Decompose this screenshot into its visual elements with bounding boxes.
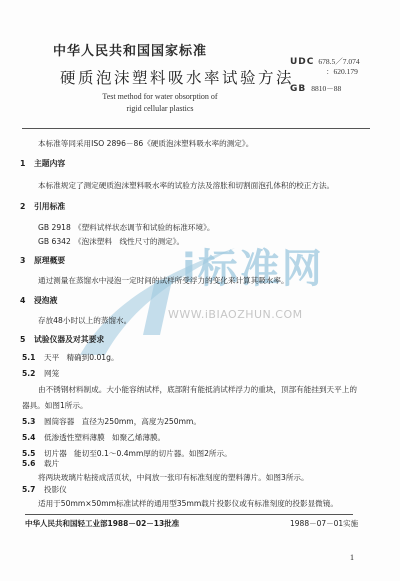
reference-code: GB 6342 [38,237,74,246]
watermark-url: WWW.iBIAOZHUN.COM [168,308,303,321]
udc-classification: UDC678.5／7.074 ：620.179 [290,57,360,77]
document-title-en: Test method for water obsorption of rigi… [60,91,260,115]
gb-label: GB [290,84,306,94]
subsection-body: 精确到0.01g。 [66,353,118,362]
subsection-number: 5.7 [22,485,44,494]
subsection-number: 5.4 [22,433,44,442]
section-4-body: 存放48小时以上的蒸馏水。 [38,315,131,326]
subsection-5-2-body-line2: 器具。如图1所示。 [22,400,88,411]
reference-item: GB 6342《泡沫塑料 线性尺寸的测定》。 [38,236,184,247]
intro-paragraph: 本标准等同采用ISO 2896－86《硬质泡沫塑料吸水率的测定》。 [38,138,253,149]
subsection-number: 5.1 [22,353,44,362]
section-number: 5 [20,335,34,344]
subsection-title: 载片 [44,459,59,468]
reference-item: GB 2918《塑料试样状态调节和试验的标准环境》。 [38,222,214,233]
section-title: 浸泡液 [34,296,57,305]
subsection-5-3: 5.3圆筒容器 直径为250mm，高度为250mm。 [22,416,201,427]
document-title-cn: 硬质泡沫塑料吸水率试验方法 [60,66,260,88]
subsection-body: 如聚乙烯薄膜。 [112,433,165,442]
subsection-5-2-body-line1: 由不锈钢材料制成。大小能容纳试样，底部附有能抵消试样浮力的重块，顶部有能挂到天平… [38,384,357,395]
section-title: 原理概要 [34,256,65,265]
standard-organization: 中华人民共和国国家标准 [0,40,260,59]
title-en-line2: rigid cellular plastics [60,103,260,115]
section-title: 引用标准 [34,202,65,211]
section-number: 3 [20,256,34,265]
subsection-5-7: 5.7投影仪 [22,484,67,495]
reference-code: GB 2918 [38,223,74,232]
section-4-heading: 4浸泡液 [20,295,57,306]
subsection-5-2: 5.2网笼 [22,368,59,379]
title-en-line1: Test method for water obsorption of [60,91,260,103]
section-number: 2 [20,202,34,211]
section-1-body: 本标准规定了测定硬质泡沫塑料吸水率的试验方法及溶胀和切割面泡孔体积的校正方法。 [38,180,334,191]
section-number: 4 [20,296,34,305]
section-title: 主题内容 [34,159,65,168]
subsection-body: 直径为250mm，高度为250mm。 [82,417,201,426]
subsection-title: 网笼 [44,369,59,378]
subsection-title: 圆筒容器 [44,417,74,426]
udc-value: 678.5／7.074 [318,57,359,66]
section-5-heading: 5试验仪器及对其要求 [20,334,104,345]
subsection-5-6: 5.6载片 [22,458,59,469]
subsection-5-4: 5.4低渗透性塑料薄膜 如聚乙烯薄膜。 [22,432,165,443]
reference-title: 《塑料试样状态调节和试验的标准环境》。 [74,223,214,232]
udc-value-cont: ：620.179 [290,67,360,77]
reference-title: 《泡沫塑料 线性尺寸的测定》。 [74,237,184,246]
section-2-heading: 2引用标准 [20,201,65,212]
subsection-5-7-body: 适用于50mm×50mm标准试样的通用型35mm载片投影仪或有标准刻度的投影显微… [38,498,338,509]
gb-value: 8810－88 [311,84,341,93]
subsection-title: 投影仪 [44,485,67,494]
approval-info: 中华人民共和国轻工业部1988－02－13批准 [25,518,179,529]
subsection-5-1: 5.1天平 精确到0.01g。 [22,352,119,363]
effective-date: 1988－07－01实施 [290,518,358,529]
udc-label: UDC [290,57,314,67]
footer-divider [25,514,353,515]
gb-number: GB8810－88 [290,83,341,94]
subsection-title: 天平 [44,353,59,362]
page-number: 1 [350,553,354,562]
section-title: 试验仪器及对其要求 [34,335,104,344]
subsection-number: 5.3 [22,417,44,426]
subsection-number: 5.5 [22,449,44,458]
section-1-heading: 1主题内容 [20,158,65,169]
subsection-title: 低渗透性塑料薄膜 [44,433,105,442]
section-3-body: 通过测量在蒸馏水中浸泡一定时间的试样所受浮力的变化来计算其吸水率。 [38,275,289,286]
subsection-5-6-body: 将两块玻璃片粘接成活页状，中间放一张印有标准刻度的塑料薄片。如图3所示。 [38,472,309,483]
subsection-title: 切片器 [44,449,67,458]
subsection-body: 能切至0.1～0.4mm厚的切片器。如图2所示。 [74,449,232,458]
section-3-heading: 3原理概要 [20,255,65,266]
document-page: 中华人民共和国国家标准 硬质泡沫塑料吸水率试验方法 Test method fo… [0,0,400,581]
subsection-number: 5.6 [22,459,44,468]
section-number: 1 [20,159,34,168]
header-divider [22,128,370,129]
subsection-number: 5.2 [22,369,44,378]
